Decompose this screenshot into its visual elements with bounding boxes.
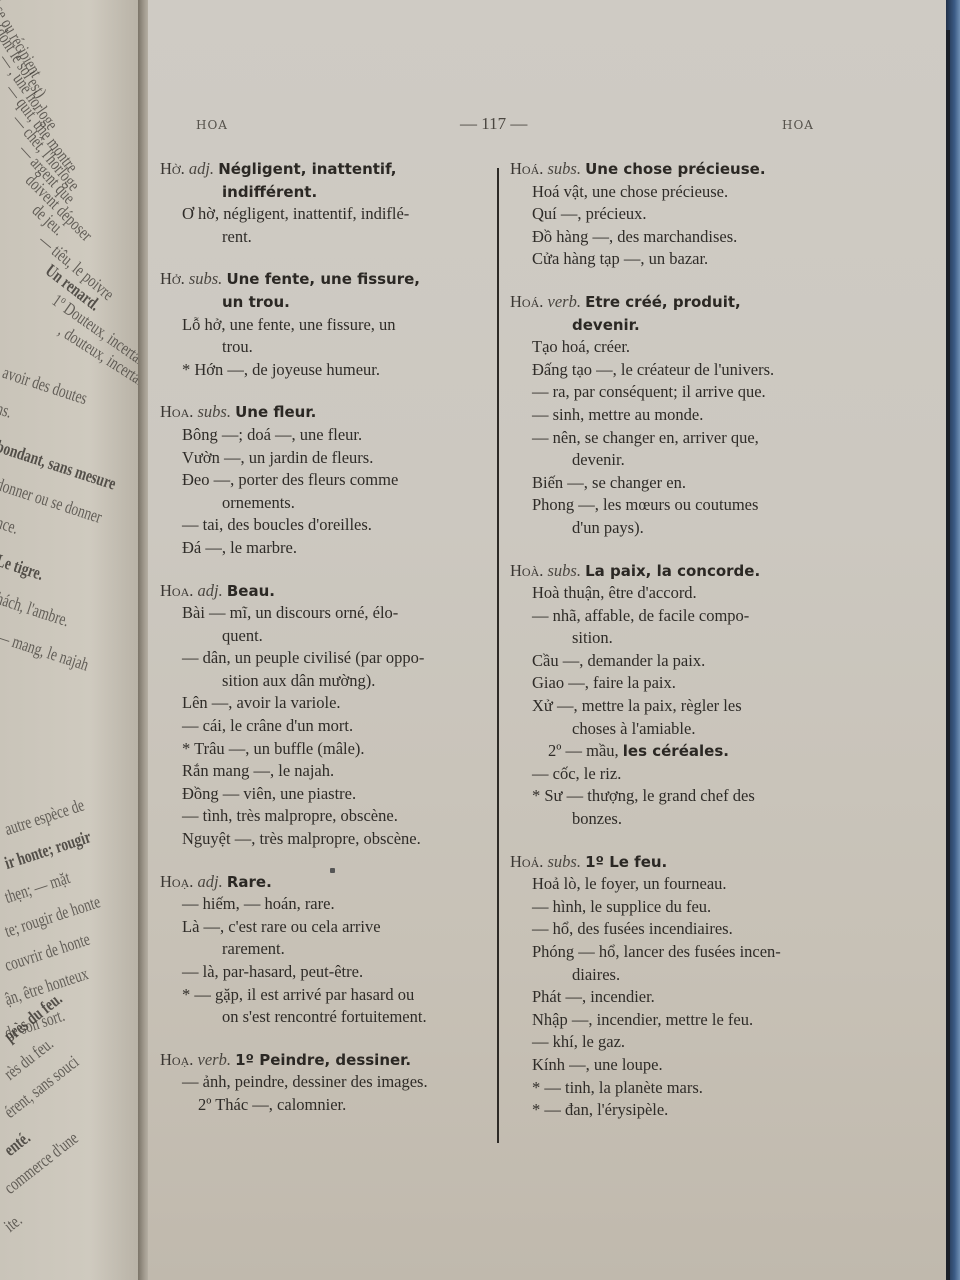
example-phrase: Cầu —, demander la paix. [532,651,705,670]
page-number: — 117 — [460,114,527,134]
entry-line: Lỗ hở, une fente, une fissure, un [160,314,486,337]
headword: Hở. [160,269,185,288]
entry-line: Hoá. subs. Une chose précieuse. [510,158,822,181]
entry-line: Nhập —, incendier, mettre le feu. [510,1009,822,1032]
headword: Hoá. [510,159,543,178]
headword: Hoa. [160,402,193,421]
continuation: rent. [222,227,252,246]
entry-line: Lên —, avoir la variole. [160,692,486,715]
example-phrase: — nên, se changer en, arriver que, [532,428,759,447]
example-phrase: Xử —, mettre la paix, règler les [532,696,742,715]
dictionary-entry: Hở. subs. Une fente, une fissure,un trou… [160,268,486,381]
definition: Rare. [227,873,272,891]
example-phrase: — khí, le gaz. [532,1032,625,1051]
entry-line: — nhã, affable, de facile compo- [510,605,822,628]
entry-line: Bông —; doá —, une fleur. [160,424,486,447]
example-phrase: — nhã, affable, de facile compo- [532,606,749,625]
left-page-text: enté. [0,1127,34,1160]
dictionary-entry: Hoả. subs. 1º Le feu.Hoả lò, le foyer, u… [510,851,822,1122]
entry-line: — ra, par conséquent; il arrive que. [510,381,822,404]
running-head-left: HOA [196,118,228,132]
entry-line: Hở. subs. Une fente, une fissure, [160,268,486,291]
entry-line: Hoá. verb. Etre créé, produit, [510,291,822,314]
entry-line: indifférent. [160,181,486,204]
example-phrase: Nhập —, incendier, mettre le feu. [532,1010,753,1029]
entry-line: — cốc, le riz. [510,763,822,786]
entry-line: — ảnh, peindre, dessiner des images. [160,1071,486,1094]
entry-line: Hoa. subs. Une fleur. [160,401,486,424]
entry-line: Hoạ. verb. 1º Peindre, dessiner. [160,1049,486,1072]
continuation: trou. [222,337,253,356]
example-phrase: Đồng — viên, une piastre. [182,784,356,803]
entry-line: * — đan, l'érysipèle. [510,1099,822,1122]
entry-line: Phong —, les mœurs ou coutumes [510,494,822,517]
example-phrase: Kính —, une loupe. [532,1055,663,1074]
entry-line: un trou. [160,291,486,314]
continuation: d'un pays). [572,518,644,537]
entry-line: Vườn —, un jardin de fleurs. [160,447,486,470]
part-of-speech: verb. [548,292,581,311]
example-phrase: * Sư — thượng, le grand chef des [532,786,755,805]
example-phrase: Đeo —, porter des fleurs comme [182,470,398,489]
entry-line: Hoà thuận, être d'accord. [510,582,822,605]
entry-line: Tạo hoá, créer. [510,336,822,359]
part-of-speech: subs. [198,402,231,421]
entry-line: Là —, c'est rare ou cela arrive [160,916,486,939]
entry-line: Nguyệt —, très malpropre, obscène. [160,828,486,851]
part-of-speech: adj. [198,581,223,600]
example-phrase: Hoá vật, une chose précieuse. [532,182,728,201]
entry-line: Cầu —, demander la paix. [510,650,822,673]
example-phrase: Cửa hàng tạp —, un bazar. [532,249,708,268]
entry-line: — sinh, mettre au monde. [510,404,822,427]
example-phrase: Hoả lò, le foyer, un fourneau. [532,874,727,893]
continuation: indifférent. [222,183,317,201]
example-phrase: Đá —, le marbre. [182,538,297,557]
example-phrase: Quí —, précieux. [532,204,647,223]
example-phrase: Bài — mĩ, un discours orné, élo- [182,603,398,622]
example-phrase: — cốc, le riz. [532,764,621,783]
dictionary-entry: Hoá. subs. Une chose précieuse.Hoá vật, … [510,158,822,271]
entry-line: devenir. [510,314,822,337]
right-column: Hoá. subs. Une chose précieuse.Hoá vật, … [510,158,822,1142]
headword: Hoá. [510,292,543,311]
entry-line: Đấng tạo —, le créateur de l'univers. [510,359,822,382]
running-head-right: HOA [782,118,814,132]
entry-line: Phóng — hổ, lancer des fusées incen- [510,941,822,964]
entry-line: — hổ, des fusées incendiaires. [510,918,822,941]
entry-line: — là, par-hasard, peut-être. [160,961,486,984]
example-phrase: Lỗ hở, une fente, une fissure, un [182,315,396,334]
entry-line: — tai, des boucles d'oreilles. [160,514,486,537]
entry-line: Hoa. adj. Beau. [160,580,486,603]
entry-line: — khí, le gaz. [510,1031,822,1054]
headword: Hoạ. [160,872,193,891]
entry-line: — hiếm, — hoán, rare. [160,893,486,916]
example-phrase: — ra, par conséquent; il arrive que. [532,382,766,401]
part-of-speech: verb. [198,1050,231,1069]
entry-line: Kính —, une loupe. [510,1054,822,1077]
example-phrase: Bông —; doá —, une fleur. [182,425,362,444]
example-phrase: * Trâu —, un buffle (mâle). [182,739,365,758]
example-phrase: — tai, des boucles d'oreilles. [182,515,372,534]
entry-line: 2º Thác —, calomnier. [160,1094,486,1117]
dictionary-entry: Hoa. subs. Une fleur.Bông —; doá —, une … [160,401,486,559]
entry-line: Xử —, mettre la paix, règler les [510,695,822,718]
example-phrase: Lên —, avoir la variole. [182,693,341,712]
entry-line: devenir. [510,449,822,472]
continuation: diaires. [572,965,620,984]
example-phrase: — sinh, mettre au monde. [532,405,703,424]
definition: 1º Peindre, dessiner. [235,1051,411,1069]
entry-line: d'un pays). [510,517,822,540]
left-page-text: hách, l'ambre. [0,588,72,631]
headword: Hoả. [510,852,543,871]
entry-line: Hờ. adj. Négligent, inattentif, [160,158,486,181]
entry-line: Quí —, précieux. [510,203,822,226]
definition: Négligent, inattentif, [218,160,396,178]
dictionary-entry: Hoa. adj. Beau.Bài — mĩ, un discours orn… [160,580,486,851]
entry-line: Phát —, incendier. [510,986,822,1009]
example-phrase: * — tinh, la planète mars. [532,1078,703,1097]
continuation: ornements. [222,493,295,512]
example-phrase: — hình, le supplice du feu. [532,897,711,916]
headword: Hoà. [510,561,543,580]
definition: La paix, la concorde. [585,562,760,580]
entry-line: Bài — mĩ, un discours orné, élo- [160,602,486,625]
continuation: sition aux dân mường). [222,671,375,690]
continuation: un trou. [222,293,290,311]
entry-line: — hình, le supplice du feu. [510,896,822,919]
example-phrase: Phóng — hổ, lancer des fusées incen- [532,942,781,961]
example-phrase: Đồ hàng —, des marchandises. [532,227,737,246]
continuation: devenir. [572,316,640,334]
entry-line: Hoà. subs. La paix, la concorde. [510,560,822,583]
example-phrase: — hổ, des fusées incendiaires. [532,919,733,938]
dictionary-entry: Hoá. verb. Etre créé, produit,devenir.Tạ… [510,291,822,540]
entry-line: — cái, le crâne d'un mort. [160,715,486,738]
dictionary-entry: Hờ. adj. Négligent, inattentif,indiffére… [160,158,486,248]
dictionary-entry: Hoạ. adj. Rare.— hiếm, — hoán, rare.Là —… [160,871,486,1029]
entry-line: diaires. [510,964,822,987]
entry-line: Hoá vật, une chose précieuse. [510,181,822,204]
entry-line: — nên, se changer en, arriver que, [510,427,822,450]
part-of-speech: adj. [189,159,214,178]
continuation: quent. [222,626,263,645]
entry-line: Giao —, faire la paix. [510,672,822,695]
left-page-text: Le tigre. [0,550,46,585]
entry-line: on s'est rencontré fortuitement. [160,1006,486,1029]
entry-line: * — gặp, il est arrivé par hasard ou [160,984,486,1007]
example-phrase: * Hớn —, de joyeuse humeur. [182,360,380,379]
headword: Hoạ. [160,1050,193,1069]
definition: Une fleur. [235,403,316,421]
continuation: choses à l'amiable. [572,719,695,738]
definition: Etre créé, produit, [585,293,741,311]
example-phrase: — hiếm, — hoán, rare. [182,894,335,913]
entry-line: Hoả lò, le foyer, un fourneau. [510,873,822,896]
example-phrase: Phát —, incendier. [532,987,655,1006]
entry-line: 2º — mầu, les céréales. [510,740,822,763]
example-phrase: — tình, très malpropre, obscène. [182,806,398,825]
example-phrase: Nguyệt —, très malpropre, obscène. [182,829,421,848]
headword: Hoa. [160,581,193,600]
entry-line: Cửa hàng tạp —, un bazar. [510,248,822,271]
column-divider [497,168,499,1143]
example-phrase: Vườn —, un jardin de fleurs. [182,448,373,467]
example-phrase: Đấng tạo —, le créateur de l'univers. [532,360,774,379]
entry-line: Đồ hàng —, des marchandises. [510,226,822,249]
left-page-text: nce. [0,512,21,539]
example-phrase: Phong —, les mœurs ou coutumes [532,495,758,514]
entry-line: rarement. [160,938,486,961]
continuation: rarement. [222,939,285,958]
entry-line: Hoả. subs. 1º Le feu. [510,851,822,874]
definition: Une fente, une fissure, [226,270,420,288]
example-phrase: Giao —, faire la paix. [532,673,676,692]
entry-line: — tình, très malpropre, obscène. [160,805,486,828]
entry-line: Đá —, le marbre. [160,537,486,560]
dictionary-entry: Hoà. subs. La paix, la concorde.Hoà thuậ… [510,560,822,831]
example-phrase: — ảnh, peindre, dessiner des images. [182,1072,428,1091]
entry-line: * — tinh, la planète mars. [510,1077,822,1100]
part-of-speech: subs. [548,852,581,871]
part-of-speech: adj. [198,872,223,891]
entry-line: trou. [160,336,486,359]
example-phrase: Rắn mang —, le najah. [182,761,334,780]
continuation: sition. [572,628,613,647]
example-phrase: Hoà thuận, être d'accord. [532,583,697,602]
continuation: on s'est rencontré fortuitement. [222,1007,427,1026]
entry-line: bonzes. [510,808,822,831]
entry-line: quent. [160,625,486,648]
sense-number: 2º — mầu, [548,741,619,760]
continuation: devenir. [572,450,625,469]
entry-line: Biến —, se changer en. [510,472,822,495]
left-column: Hờ. adj. Négligent, inattentif,indiffére… [160,158,486,1137]
part-of-speech: subs. [189,269,222,288]
entry-line: — dân, un peuple civilisé (par oppo- [160,647,486,670]
headword: Hờ. [160,159,185,178]
example-phrase: * — đan, l'érysipèle. [532,1100,668,1119]
entry-line: * Sư — thượng, le grand chef des [510,785,822,808]
definition: Une chose précieuse. [585,160,765,178]
sense-number: 2º Thác —, calomnier. [198,1095,346,1114]
entry-line: * Hớn —, de joyeuse humeur. [160,359,486,382]
entry-line: * Trâu —, un buffle (mâle). [160,738,486,761]
book-cover-edge [946,0,960,1280]
left-page-text: — mang, le najah [0,626,91,676]
definition: 1º Le feu. [585,853,667,871]
example-phrase: Biến —, se changer en. [532,473,686,492]
definition: les céréales. [623,742,729,760]
part-of-speech: subs. [548,159,581,178]
left-page-text: ite. [0,1210,26,1237]
example-phrase: Ơ hờ, négligent, inattentif, indiflé- [182,204,409,223]
entry-line: choses à l'amiable. [510,718,822,741]
entry-line: sition. [510,627,822,650]
entry-line: ornements. [160,492,486,515]
entry-line: sition aux dân mường). [160,670,486,693]
entry-line: rent. [160,226,486,249]
left-page-text: ns. [0,398,15,423]
example-phrase: Là —, c'est rare ou cela arrive [182,917,381,936]
example-phrase: — dân, un peuple civilisé (par oppo- [182,648,424,667]
entry-line: Hoạ. adj. Rare. [160,871,486,894]
ink-speck [330,868,335,873]
dictionary-entry: Hoạ. verb. 1º Peindre, dessiner.— ảnh, p… [160,1049,486,1117]
entry-line: Rắn mang —, le najah. [160,760,486,783]
example-phrase: — cái, le crâne d'un mort. [182,716,353,735]
entry-line: Đeo —, porter des fleurs comme [160,469,486,492]
entry-line: Ơ hờ, négligent, inattentif, indiflé- [160,203,486,226]
entry-line: Đồng — viên, une piastre. [160,783,486,806]
facing-left-page: Vase ou récipient(dont le sol est)— , un… [0,0,150,1280]
example-phrase: Tạo hoá, créer. [532,337,630,356]
continuation: bonzes. [572,809,622,828]
example-phrase: — là, par-hasard, peut-être. [182,962,363,981]
example-phrase: * — gặp, il est arrivé par hasard ou [182,985,414,1004]
definition: Beau. [227,582,275,600]
part-of-speech: subs. [548,561,581,580]
